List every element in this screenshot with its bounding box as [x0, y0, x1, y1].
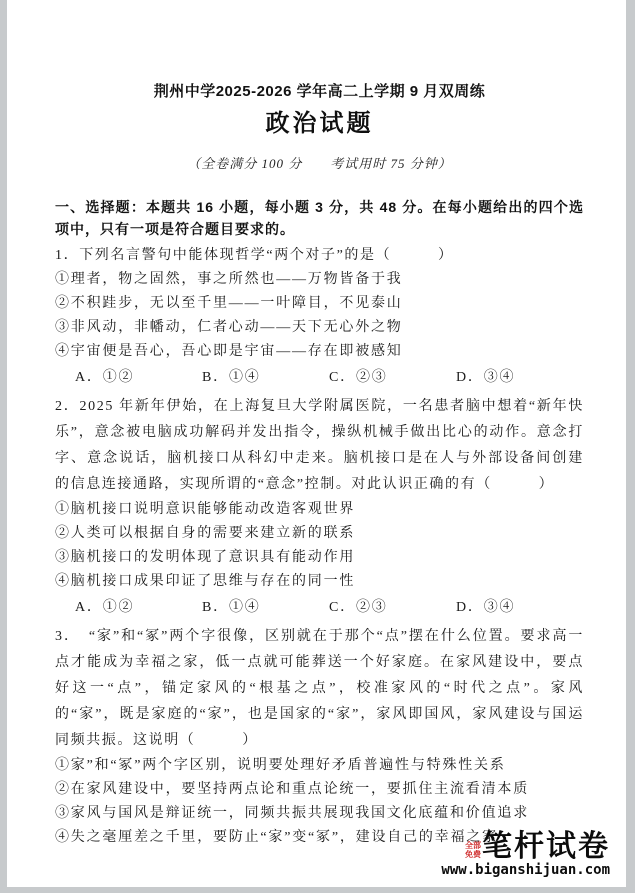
- question-2: 2．2025 年新年伊始，在上海复旦大学附属医院，一名患者脑中想着“新年快乐”，…: [55, 394, 584, 620]
- exam-title: 政治试题: [55, 108, 584, 140]
- question-3-item-1: ①家”和“冢”两个字区别，说明要处理好矛盾普遍性与特殊性关系: [55, 754, 584, 778]
- question-1-choice-c: C．②③: [329, 366, 456, 390]
- question-2-choice-a: A．①②: [75, 596, 202, 620]
- question-2-item-1: ①脑机接口说明意识能够能动改造客观世界: [55, 498, 584, 522]
- question-3-stem: 3． “家”和“冢”两个字很像，区别就在于那个“点”摆在什么位置。要求高一点才能…: [55, 624, 584, 754]
- question-3: 3． “家”和“冢”两个字很像，区别就在于那个“点”摆在什么位置。要求高一点才能…: [55, 624, 584, 850]
- document-content: 荆州中学2025-2026 学年高二上学期 9 月双周练 政治试题 （全卷满分 …: [55, 82, 584, 850]
- watermark-top-row: 全部免费 笔杆试卷: [441, 832, 610, 862]
- section-intro: 一、选择题：本题共 16 小题，每小题 3 分，共 48 分。在每小题给出的四个…: [55, 196, 584, 240]
- question-1-item-2: ②不积跬步，无以至千里——一叶障目，不见泰山: [55, 292, 584, 316]
- question-1-choice-d: D．③④: [456, 366, 515, 390]
- document-page: 荆州中学2025-2026 学年高二上学期 9 月双周练 政治试题 （全卷满分 …: [7, 0, 626, 887]
- question-2-choice-b: B．①④: [202, 596, 329, 620]
- question-2-choice-c: C．②③: [329, 596, 456, 620]
- question-1-choices: A．①② B．①④ C．②③ D．③④: [55, 366, 584, 390]
- question-2-stem: 2．2025 年新年伊始，在上海复旦大学附属医院，一名患者脑中想着“新年快乐”，…: [55, 394, 584, 498]
- question-1-item-4: ④宇宙便是吾心，吾心即是宇宙——存在即被感知: [55, 340, 584, 364]
- question-3-item-2: ②在家风建设中，要坚持两点论和重点论统一，要抓住主流看清本质: [55, 778, 584, 802]
- brand-logo-text: 笔杆试卷: [482, 832, 610, 862]
- screenshot-root: { "header": { "line1": "荆州中学2025-2026 学年…: [0, 0, 635, 893]
- brand-url: www.biganshijuan.com: [441, 862, 610, 879]
- free-badge-label: 全部免费: [464, 841, 482, 859]
- question-1-item-3: ③非风动，非幡动，仁者心动——天下无心外之物: [55, 316, 584, 340]
- question-1-choice-a: A．①②: [75, 366, 202, 390]
- question-1-item-1: ①理者，物之固然，事之所然也——万物皆备于我: [55, 268, 584, 292]
- site-watermark: 全部免费 笔杆试卷 www.biganshijuan.com: [441, 832, 610, 879]
- question-1-choice-b: B．①④: [202, 366, 329, 390]
- question-2-item-2: ②人类可以根据自身的需要来建立新的联系: [55, 522, 584, 546]
- question-2-choices: A．①② B．①④ C．②③ D．③④: [55, 596, 584, 620]
- exam-header-line: 荆州中学2025-2026 学年高二上学期 9 月双周练: [55, 82, 584, 102]
- question-2-choice-d: D．③④: [456, 596, 515, 620]
- question-2-item-3: ③脑机接口的发明体现了意识具有能动作用: [55, 546, 584, 570]
- question-2-item-4: ④脑机接口成果印证了思维与存在的同一性: [55, 570, 584, 594]
- question-1: 1．下列名言警句中能体现哲学“两个对子”的是（ ） ①理者，物之固然，事之所然也…: [55, 244, 584, 390]
- question-3-item-3: ③家风与国风是辩证统一，同频共振共展现我国文化底蕴和价值追求: [55, 802, 584, 826]
- exam-meta: （全卷满分 100 分 考试用时 75 分钟）: [55, 156, 584, 172]
- question-1-stem: 1．下列名言警句中能体现哲学“两个对子”的是（ ）: [55, 244, 584, 268]
